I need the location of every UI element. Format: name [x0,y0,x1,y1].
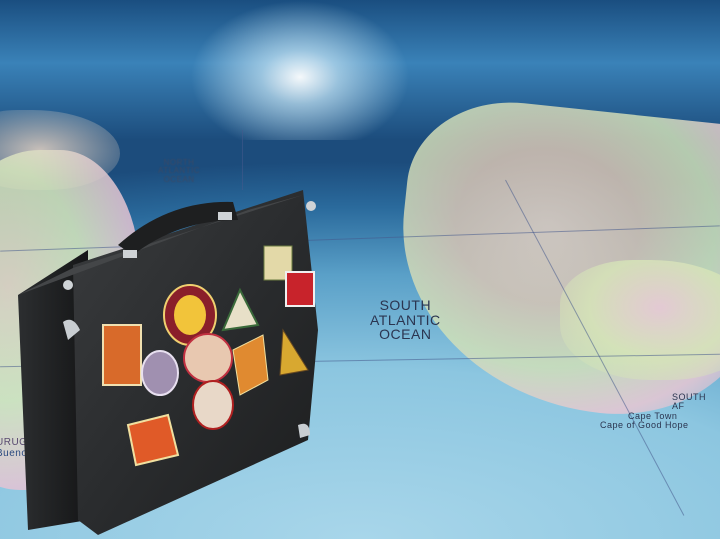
south-atlantic-label: SOUTH ATLANTIC OCEAN [370,298,441,342]
label-line: OCEAN [158,176,200,184]
country-label: SOUTH AF [672,393,720,412]
southern-africa-landmass [560,260,720,380]
label-line: OCEAN [370,327,441,342]
suitcase [18,190,318,539]
label-line: ATLANTIC [370,313,441,328]
sun-glow [190,0,410,140]
north-atlantic-label: NORTH ATLANTIC OCEAN [158,159,200,184]
travel-photo: SOUTH ATLANTIC OCEAN NORTH ATLANTIC OCEA… [0,0,720,539]
meridian-line [242,130,243,190]
cape-label: SOUTH AF Cape Town Cape of Good Hope [600,393,720,431]
label-line: SOUTH [370,298,441,313]
city-label: Cape of Good Hope [600,421,720,430]
